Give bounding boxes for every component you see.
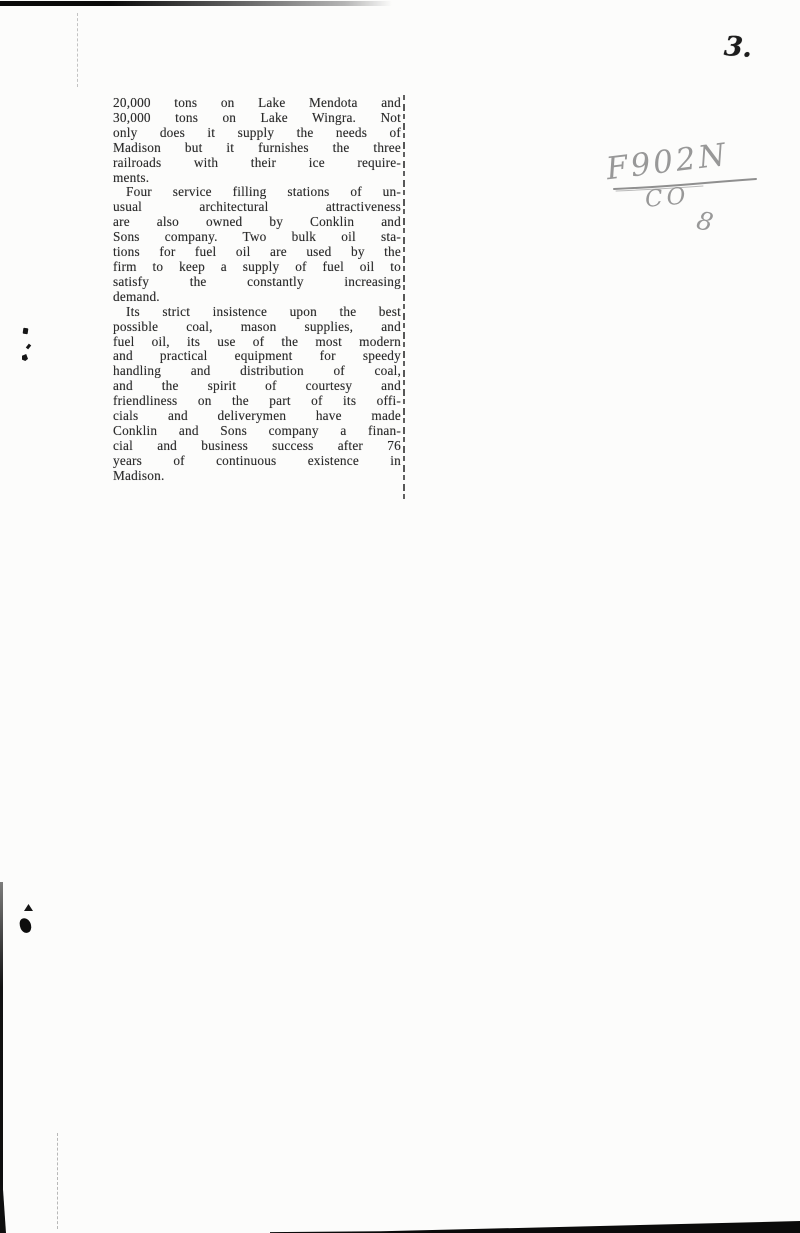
- article-line: possible coal, mason supplies, and: [113, 320, 401, 335]
- article-line: usual architectural attractiveness: [113, 200, 401, 215]
- ink-mark-triangle: [24, 904, 33, 911]
- newspaper-clipping-column: 20,000 tons on Lake Mendota and 30,000 t…: [113, 96, 401, 484]
- handwritten-page-number: 3.: [723, 31, 753, 64]
- article-line: handling and distribution of coal,: [113, 364, 401, 379]
- article-line: cials and deliverymen have made: [113, 409, 401, 424]
- article-line: satisfy the constantly increasing: [113, 275, 401, 290]
- article-line: Madison.: [113, 469, 401, 484]
- article-line: Its strict insistence upon the best: [113, 305, 401, 320]
- article-line: cial and business success after 76: [113, 439, 401, 454]
- article-line: tions for fuel oil are used by the: [113, 245, 401, 260]
- article-line: 20,000 tons on Lake Mendota and: [113, 96, 401, 111]
- article-line: demand.: [113, 290, 401, 305]
- scanned-clipping-page: { "page": { "page_number": "3.", "colors…: [0, 0, 800, 1233]
- article-line: Conklin and Sons company a finan-: [113, 424, 401, 439]
- article-line: ments.: [113, 171, 401, 186]
- handwritten-digit: 8: [694, 206, 716, 238]
- article-line: Madison but it furnishes the three: [113, 141, 401, 156]
- scan-edge-top: [0, 1, 392, 6]
- handwritten-co: CO: [644, 183, 691, 213]
- ink-mark-blob: [18, 917, 32, 934]
- article-line: Four service filling stations of un-: [113, 185, 401, 200]
- article-line: only does it supply the needs of: [113, 126, 401, 141]
- scan-edge-left-strip: [0, 882, 3, 1233]
- article-line: and practical equipment for speedy: [113, 349, 401, 364]
- article-line: are also owned by Conklin and: [113, 215, 401, 230]
- fold-line-top: [77, 13, 78, 87]
- article-line: friendliness on the part of its offi-: [113, 394, 401, 409]
- article-line: and the spirit of courtesy and: [113, 379, 401, 394]
- column-rule-dotted: [403, 95, 405, 499]
- article-line: railroads with their ice require-: [113, 156, 401, 171]
- article-line: firm to keep a supply of fuel oil to: [113, 260, 401, 275]
- scan-edge-bottom-wedge: [270, 1220, 800, 1233]
- scan-edge-left-strip-bottom: [0, 1185, 6, 1233]
- article-line: years of continuous existence in: [113, 454, 401, 469]
- article-line: fuel oil, its use of the most modern: [113, 335, 401, 350]
- fold-line-bottom: [57, 1133, 58, 1229]
- ink-mark: [26, 344, 31, 350]
- ink-mark: [22, 354, 28, 361]
- article-line: 30,000 tons on Lake Wingra. Not: [113, 111, 401, 126]
- article-line: Sons company. Two bulk oil sta-: [113, 230, 401, 245]
- ink-mark: [23, 328, 29, 335]
